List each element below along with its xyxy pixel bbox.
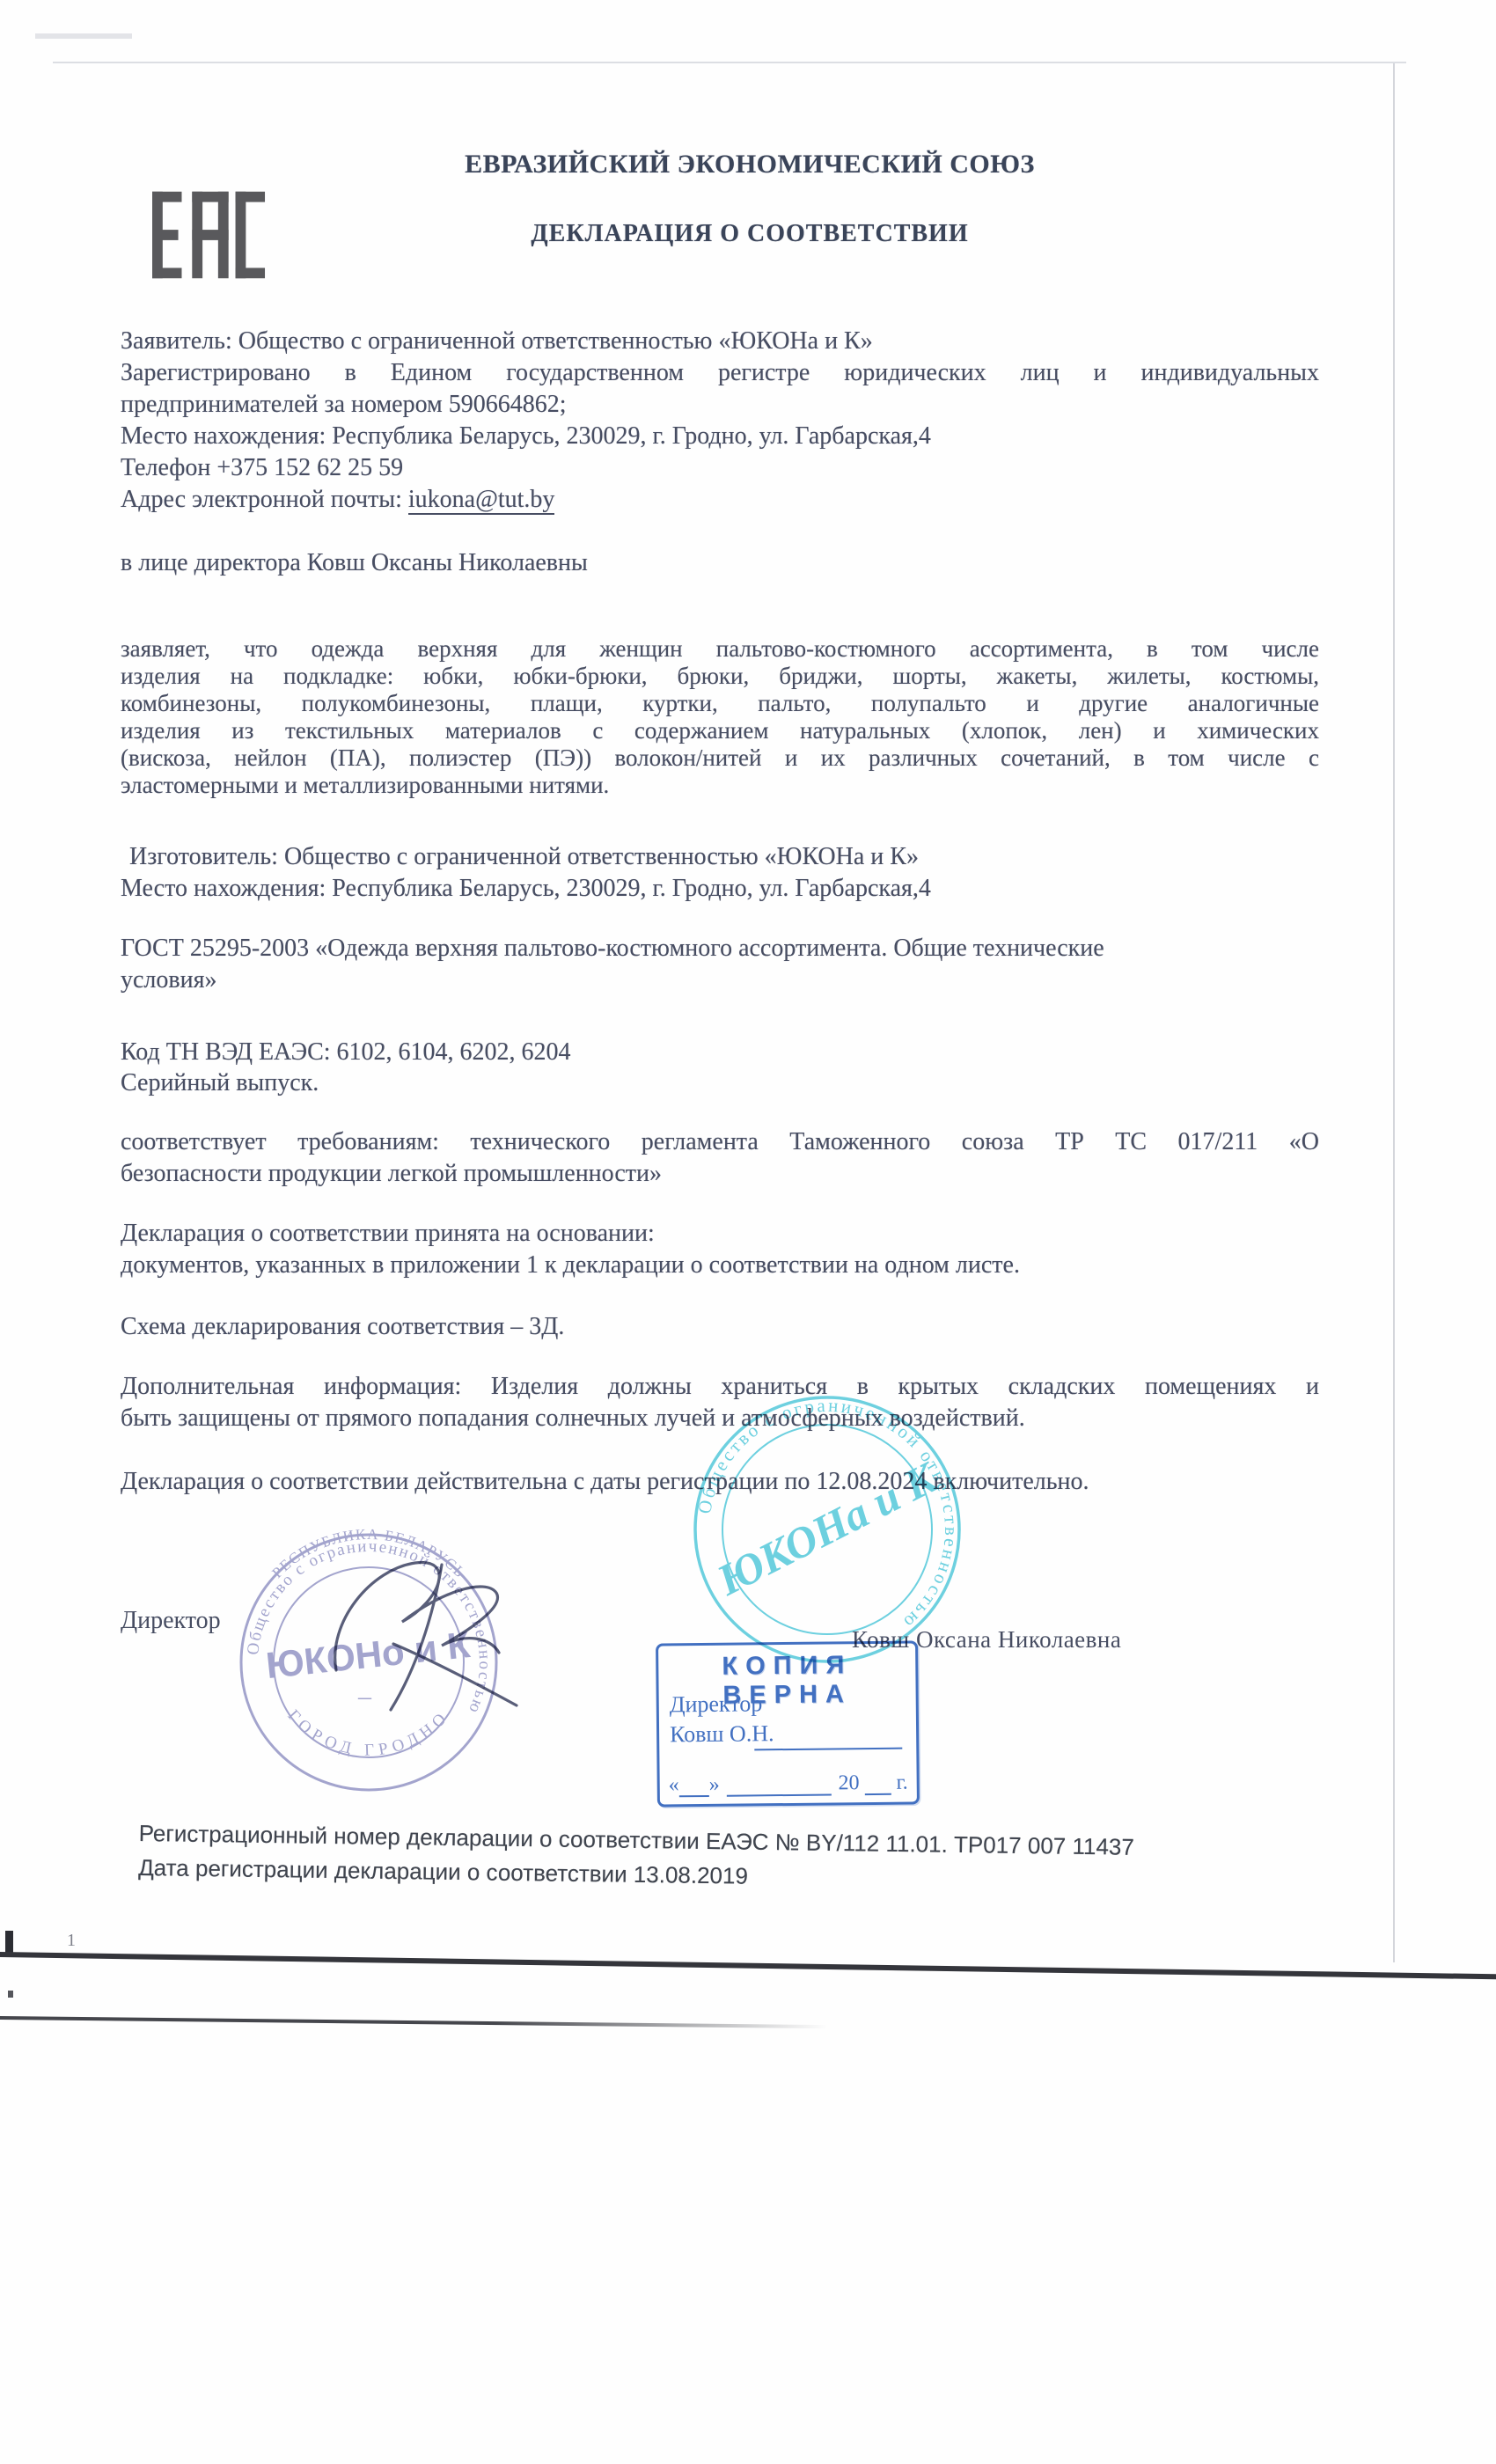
applicant-phone: Телефон +375 152 62 25 59 <box>121 452 1319 484</box>
scan-corner-dot <box>8 1991 13 1998</box>
products-line: комбинезоны, полукомбинезоны, плащи, кур… <box>121 690 1319 717</box>
date-day-blank <box>679 1795 709 1797</box>
applicant-address: Место нахождения: Республика Беларусь, 2… <box>121 421 1319 452</box>
conformity-block: соответствует требованиям: технического … <box>121 1126 1319 1190</box>
copy-is-true-stamp: КОПИЯ ВЕРНА Директор Ковш О.Н. « » 20 г. <box>656 1640 920 1807</box>
gost-line: условия» <box>121 964 1319 996</box>
quote-open: « <box>669 1773 679 1797</box>
scan-bottom-line-2 <box>0 2016 827 2028</box>
union-title: ЕВРАЗИЙСКИЙ ЭКОНОМИЧЕСКИЙ СОЮЗ <box>121 150 1379 180</box>
company-stamp-center-text: ЮКОНа и К <box>708 1451 947 1605</box>
copy-stamp-name: Ковш О.Н. <box>670 1720 774 1748</box>
email-label: Адрес электронной почты: <box>121 486 408 513</box>
scan-top-line <box>53 62 1406 63</box>
scan-corner-mark <box>5 1931 13 1954</box>
applicant-line: Заявитель: Общество с ограниченной ответ… <box>121 326 1319 357</box>
products-line: заявляет, что одежда верхняя для женщин … <box>121 635 1319 663</box>
document-title: ДЕКЛАРАЦИЯ О СООТВЕТСТВИИ <box>121 220 1379 248</box>
copy-stamp-date-row: « » 20 г. <box>669 1771 908 1798</box>
copy-stamp-role: Директор <box>670 1690 763 1718</box>
copy-stamp-signature-line <box>754 1748 902 1751</box>
declared-products-paragraph: заявляет, что одежда верхняя для женщин … <box>121 635 1319 799</box>
gost-standard-block: ГОСТ 25295-2003 «Одежда верхняя пальтово… <box>121 933 1319 996</box>
applicant-line: предпринимателей за номером 590664862; <box>121 389 1319 421</box>
conformity-line: соответствует требованиям: технического … <box>121 1126 1319 1158</box>
products-line: изделия на подкладке: юбки, юбки-брюки, … <box>121 663 1319 690</box>
products-line: изделия из текстильных материалов с соде… <box>121 717 1319 744</box>
basis-block: Декларация о соответствии принята на осн… <box>121 1218 1319 1281</box>
director-signature <box>310 1538 530 1719</box>
in-person-of-line: в лице директора Ковш Оксаны Николаевны <box>121 547 1319 579</box>
email-link: iukona@tut.by <box>408 486 555 515</box>
manufacturer-line: Изготовитель: Общество с ограниченной от… <box>121 841 1319 873</box>
year-prefix: 20 <box>838 1771 859 1795</box>
director-role-label: Директор <box>121 1607 221 1635</box>
scan-right-edge-line <box>1393 63 1395 1962</box>
scan-bottom-line-1 <box>0 1952 1496 1979</box>
basis-line: Декларация о соответствии принята на осн… <box>121 1218 1319 1250</box>
products-line: (вискоза, нейлон (ПА), полиэстер (ПЭ)) в… <box>121 744 1319 772</box>
products-line: эластомерными и металлизированными нитям… <box>121 772 1319 799</box>
quote-close: » <box>709 1773 720 1797</box>
serial-production-line: Серийный выпуск. <box>121 1067 1319 1099</box>
registration-footer: Регистрационный номер декларации о соотв… <box>138 1816 1371 1903</box>
conformity-line: безопасности продукции легкой промышленн… <box>121 1158 1319 1190</box>
applicant-block: Заявитель: Общество с ограниченной ответ… <box>121 326 1319 516</box>
declaration-scheme-line: Схема декларирования соответствия – 3Д. <box>121 1311 1319 1343</box>
scan-smudge <box>35 33 132 39</box>
page-number: 1 <box>67 1931 76 1951</box>
applicant-email-line: Адрес электронной почты: iukona@tut.by <box>121 484 1319 516</box>
year-blank <box>865 1793 891 1795</box>
manufacturer-address: Место нахождения: Республика Беларусь, 2… <box>121 873 1319 905</box>
applicant-line: Зарегистрировано в Едином государственно… <box>121 357 1319 389</box>
basis-line: документов, указанных в приложении 1 к д… <box>121 1250 1319 1281</box>
date-month-blank <box>727 1793 832 1796</box>
manufacturer-block: Изготовитель: Общество с ограниченной от… <box>121 841 1319 905</box>
year-suffix: г. <box>896 1771 907 1795</box>
tnved-code-line: Код ТН ВЭД ЕАЭС: 6102, 6104, 6202, 6204 <box>121 1037 1319 1068</box>
scanned-declaration-page: ЕВРАЗИЙСКИЙ ЭКОНОМИЧЕСКИЙ СОЮЗ ДЕКЛАРАЦИ… <box>0 0 1496 2464</box>
gost-line: ГОСТ 25295-2003 «Одежда верхняя пальтово… <box>121 933 1319 964</box>
